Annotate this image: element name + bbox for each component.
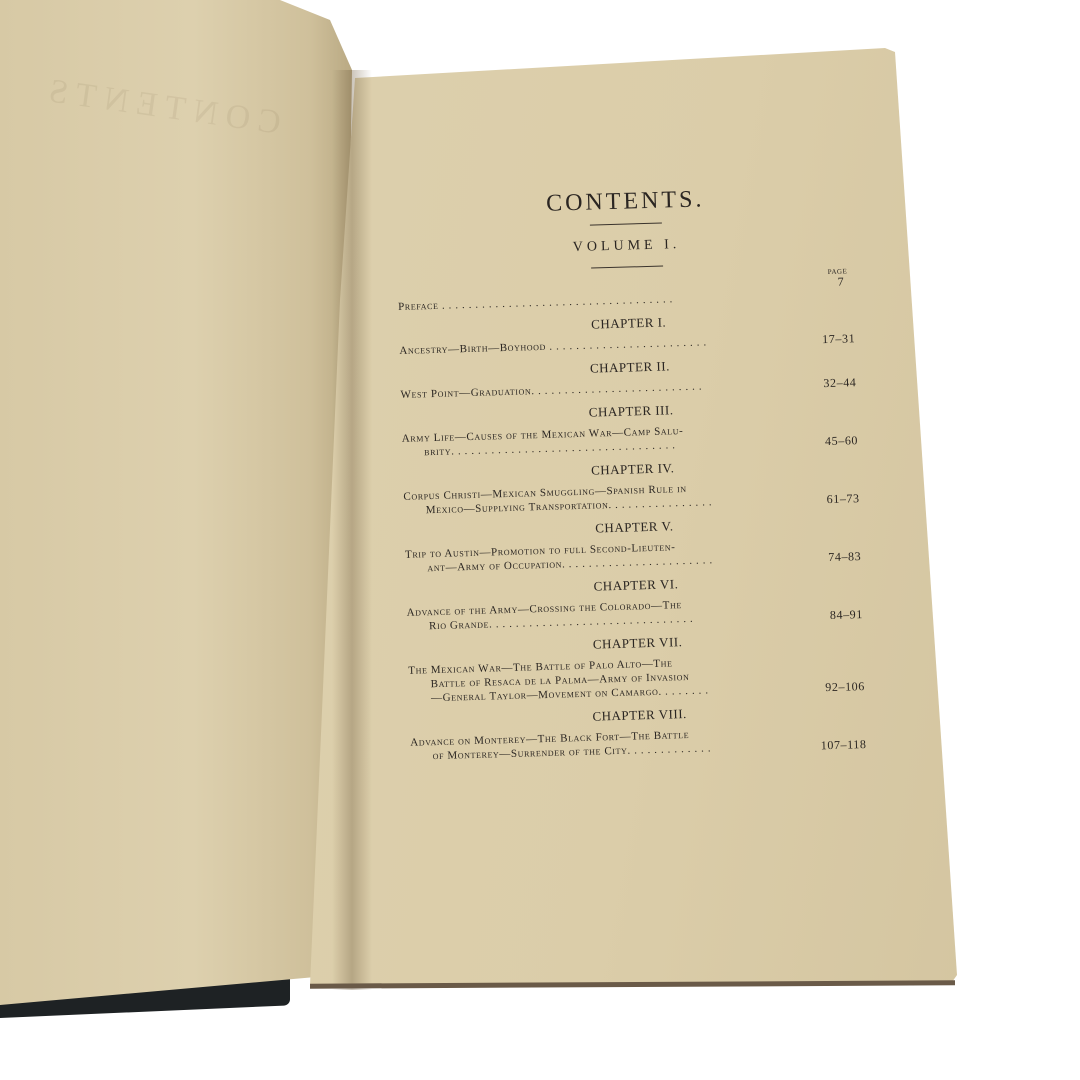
page-range: 92–106 [805,679,869,695]
bleed-through-text: CONTENTS [39,71,284,142]
page-range: 107–118 [806,737,870,753]
toc-entry: Trip to Austin—Promotion to full Second-… [405,535,866,576]
page-range: 61–73 [799,491,863,507]
page-range: 45–60 [798,433,862,449]
divider [590,223,662,226]
page-range: 17–31 [795,331,859,347]
toc-entry: Army Life—Causes of the Mexican War—Camp… [402,419,863,460]
page-range: 84–91 [803,607,867,623]
table-of-contents: CONTENTS. VOLUME I. PAGE 7 Preface . . .… [395,182,871,764]
left-page: CONTENTS [0,0,352,1010]
entry-title: Preface [398,300,439,313]
book-gutter [332,70,372,990]
chapter-list: CHAPTER I.Ancestry—Birth—Boyhood . . . .… [399,309,871,764]
volume-heading: VOLUME I. [396,232,856,261]
page-range: 32–44 [796,375,860,391]
toc-entry: Advance of the Army—Crossing the Colorad… [406,593,867,634]
toc-entry: The Mexican War—The Battle of Palo Alto—… [408,651,869,706]
page-range: 74–83 [801,549,865,565]
divider [591,266,663,269]
toc-entry: Corpus Christi—Mexican Smuggling—Spanish… [403,477,864,518]
entry-line: Ancestry—Birth—Boyhood . . . . . . . . .… [399,333,795,358]
entry-line: West Point—Graduation. . . . . . . . . .… [400,377,796,402]
